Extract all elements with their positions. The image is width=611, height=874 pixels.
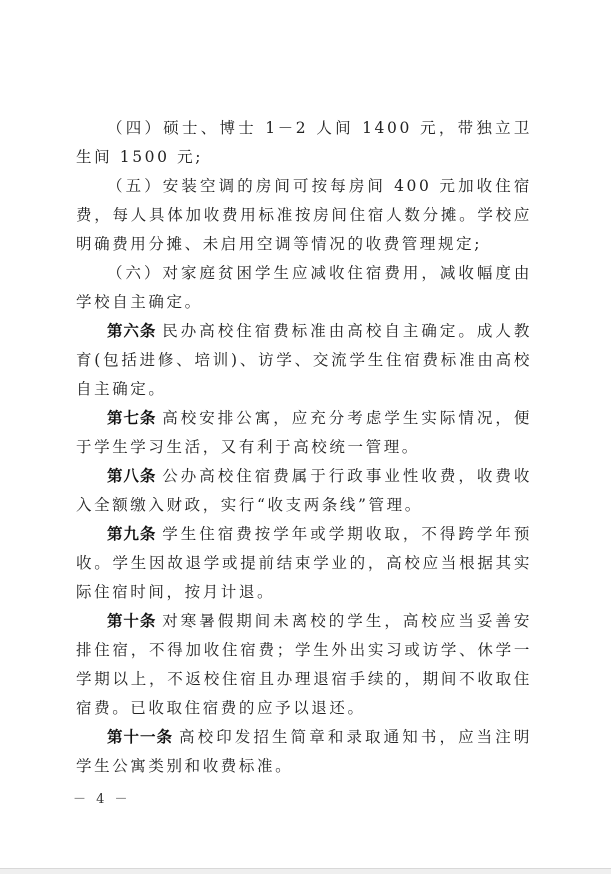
paragraph-item-4: （四）硕士、博士 1－2 人间 1400 元，带独立卫生间 1500 元; bbox=[76, 114, 532, 172]
paragraph-item-5: （五）安装空调的房间可按每房间 400 元加收住宿费，每人具体加收费用标准按房间… bbox=[76, 172, 532, 259]
article-11: 第十一条高校印发招生简章和录取通知书，应当注明学生公寓类别和收费标准。 bbox=[76, 723, 532, 781]
article-10: 第十条对寒暑假期间未离校的学生，高校应当妥善安排住宿，不得加收住宿费；学生外出实… bbox=[76, 607, 532, 723]
article-heading: 第六条 bbox=[107, 322, 156, 340]
article-heading: 第八条 bbox=[107, 467, 156, 485]
page-bottom-edge bbox=[0, 868, 611, 874]
paragraph-item-6: （六）对家庭贫困学生应减收住宿费用，减收幅度由学校自主确定。 bbox=[76, 259, 532, 317]
document-page: （四）硕士、博士 1－2 人间 1400 元，带独立卫生间 1500 元; （五… bbox=[0, 0, 611, 868]
paragraph-text: （六）对家庭贫困学生应减收住宿费用，减收幅度由学校自主确定。 bbox=[76, 264, 532, 311]
document-body: （四）硕士、博士 1－2 人间 1400 元，带独立卫生间 1500 元; （五… bbox=[76, 114, 532, 781]
article-6: 第六条民办高校住宿费标准由高校自主确定。成人教育(包括进修、培训)、访学、交流学… bbox=[76, 317, 532, 404]
paragraph-text: （五）安装空调的房间可按每房间 400 元加收住宿费，每人具体加收费用标准按房间… bbox=[76, 177, 532, 253]
article-heading: 第九条 bbox=[107, 525, 156, 543]
article-heading: 第十一条 bbox=[107, 728, 173, 746]
article-heading: 第七条 bbox=[107, 409, 156, 427]
article-7: 第七条高校安排公寓，应充分考虑学生实际情况，便于学生学习生活，又有利于高校统一管… bbox=[76, 404, 532, 462]
article-8: 第八条公办高校住宿费属于行政事业性收费，收费收入全额缴入财政，实行“收支两条线”… bbox=[76, 462, 532, 520]
paragraph-text: （四）硕士、博士 1－2 人间 1400 元，带独立卫生间 1500 元; bbox=[76, 119, 532, 166]
page-number: － 4 － bbox=[73, 788, 131, 807]
article-heading: 第十条 bbox=[107, 612, 156, 630]
article-9: 第九条学生住宿费按学年或学期收取，不得跨学年预收。学生因故退学或提前结束学业的，… bbox=[76, 520, 532, 607]
